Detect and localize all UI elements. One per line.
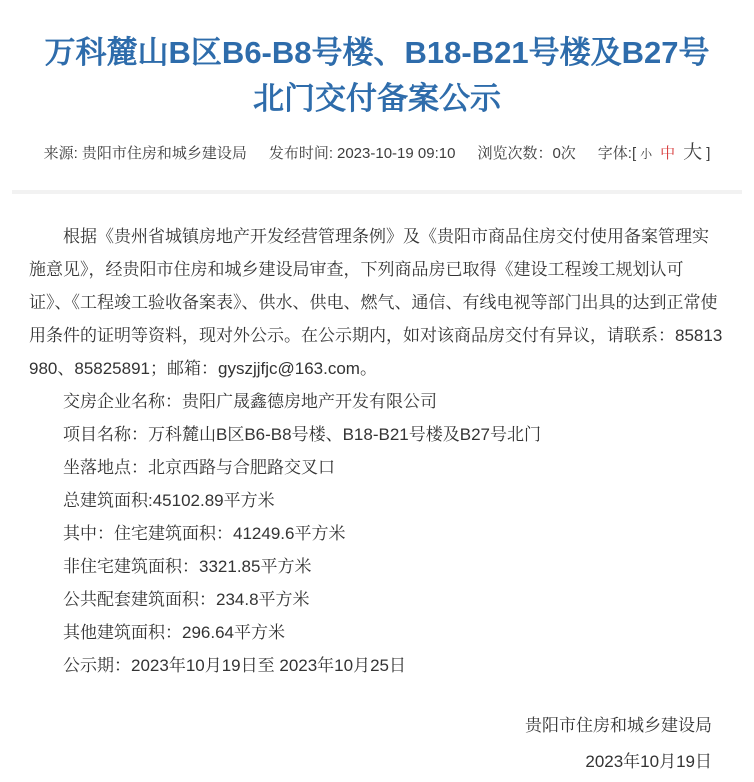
view-count-label: 浏览次数：	[477, 145, 552, 162]
font-size-bracket-open: [	[632, 145, 636, 162]
page-title: 万科麓山B区B6-B8号楼、B18-B21号楼及B27号 北门交付备案公示	[20, 30, 734, 122]
source-label: 来源:	[44, 145, 78, 162]
source-group: 来源:贵阳市住房和城乡建设局	[44, 145, 247, 162]
sign-date: 2023年10月19日	[29, 744, 724, 780]
publish-time-value: 2023-10-19 09:10	[337, 145, 455, 162]
info-item-project-name: 项目名称：万科麓山B区B6-B8号楼、B18-B21号楼及B27号北门	[29, 418, 724, 451]
info-item-location: 坐落地点：北京西路与合肥路交叉口	[29, 451, 724, 484]
font-size-large-button[interactable]: 大	[683, 142, 702, 163]
info-item-total-area: 总建筑面积:45102.89平方米	[29, 484, 724, 517]
font-size-bracket-close: ]	[706, 145, 710, 162]
font-size-control: 字体:[小中大]	[598, 145, 711, 162]
view-count-group: 浏览次数：0次	[477, 145, 575, 162]
meta-bar: 来源:贵阳市住房和城乡建设局发布时间:2023-10-19 09:10浏览次数：…	[0, 137, 754, 164]
view-count-value: 0次	[552, 145, 575, 162]
page-title-line-2: 北门交付备案公示	[20, 76, 734, 122]
info-item-company: 交房企业名称：贵阳广晟鑫德房地产开发有限公司	[29, 385, 724, 418]
info-item-other-area: 其他建筑面积：296.64平方米	[29, 616, 724, 649]
page-title-line-1: 万科麓山B区B6-B8号楼、B18-B21号楼及B27号	[20, 30, 734, 76]
font-size-medium-button[interactable]: 中	[660, 145, 675, 162]
signature: 贵阳市住房和城乡建设局	[29, 708, 724, 744]
source-value: 贵阳市住房和城乡建设局	[82, 145, 247, 162]
info-item-publicity-period: 公示期：2023年10月19日至 2023年10月25日	[29, 649, 724, 682]
notice-paragraph: 根据《贵州省城镇房地产开发经营管理条例》及《贵阳市商品住房交付使用备案管理实施意…	[29, 220, 724, 385]
publish-time-group: 发布时间:2023-10-19 09:10	[269, 145, 456, 162]
info-item-nonresidential-area: 非住宅建筑面积：3321.85平方米	[29, 550, 724, 583]
announcement-page: 万科麓山B区B6-B8号楼、B18-B21号楼及B27号 北门交付备案公示 来源…	[0, 0, 754, 782]
article-body: 根据《贵州省城镇房地产开发经营管理条例》及《贵阳市商品住房交付使用备案管理实施意…	[0, 220, 754, 780]
publish-time-label: 发布时间:	[269, 145, 333, 162]
font-size-label: 字体:	[598, 145, 632, 162]
info-item-public-area: 公共配套建筑面积：234.8平方米	[29, 583, 724, 616]
divider	[12, 190, 742, 194]
info-item-residential-area: 其中：住宅建筑面积：41249.6平方米	[29, 517, 724, 550]
font-size-small-button[interactable]: 小	[640, 147, 652, 161]
